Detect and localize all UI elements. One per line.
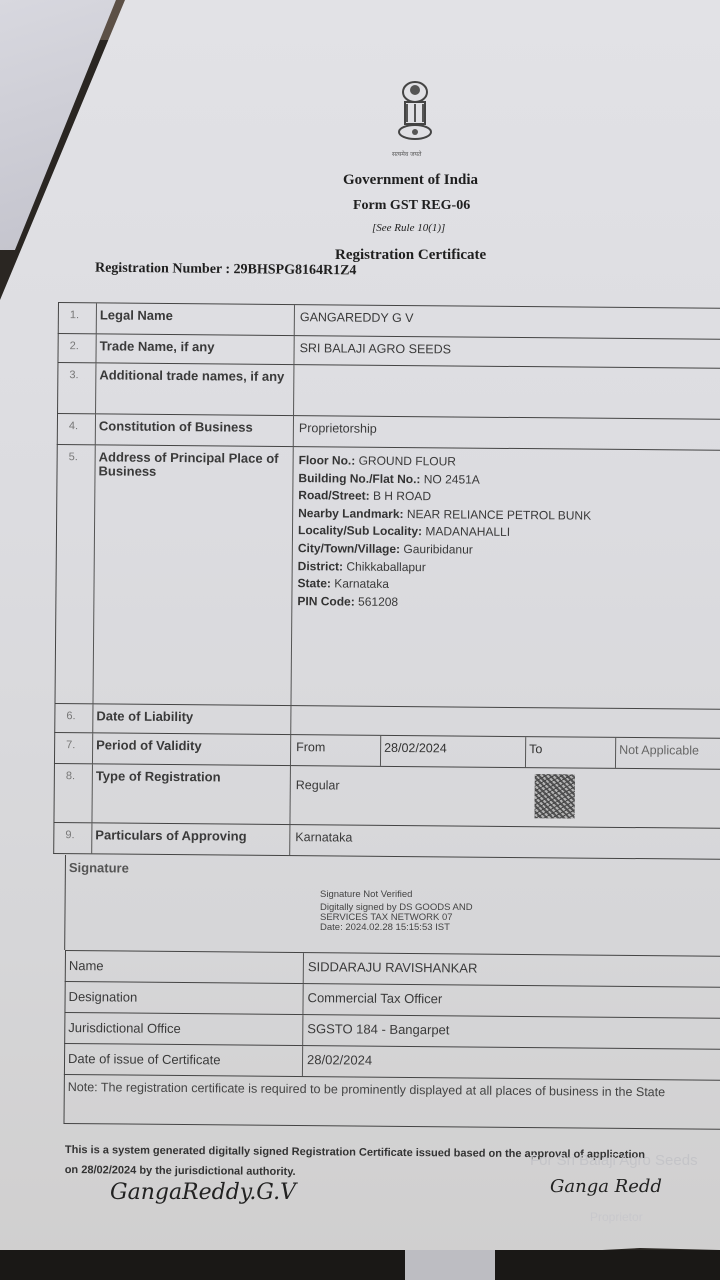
handwritten-signature-left: GangaReddy.G.V	[110, 1180, 296, 1205]
registration-number-value: 29BHSPG8164R1Z4	[233, 262, 356, 278]
digital-signature-block: Signature Not Verified Digitally signed …	[320, 890, 473, 933]
officer-name: SIDDARAJU RAVISHANKAR	[305, 953, 720, 987]
table-row: 3. Additional trade names, if any	[57, 362, 720, 419]
table-row: 9. Particulars of Approving Karnataka	[53, 822, 720, 860]
issue-date: 28/02/2024	[304, 1046, 720, 1080]
form-title: Form GST REG-06	[353, 198, 470, 214]
certificate-title: Registration Certificate	[335, 247, 486, 264]
table-row: 5. Address of Principal Place of Busines…	[55, 444, 720, 709]
trade-name-value: SRI BALAJI AGRO SEEDS	[296, 336, 720, 368]
qr-code-icon	[535, 774, 575, 818]
details-table: 1. Legal Name GANGAREDDY G V 2. Trade Na…	[53, 302, 720, 860]
government-title: Government of India	[343, 172, 478, 189]
jurisdictional-office: SGSTO 184 - Bangarpet	[304, 1015, 720, 1049]
valid-to: Not Applicable	[616, 738, 720, 769]
faint-stamp-proprietor: Proprietor	[590, 1210, 643, 1224]
national-emblem-icon	[393, 78, 437, 148]
address-value: Floor No.: GROUND FLOUR Building No./Fla…	[293, 447, 720, 709]
display-note: Note: The registration certificate is re…	[63, 1074, 720, 1130]
rule-reference: [See Rule 10(1)]	[372, 222, 445, 234]
registration-type-value: Regular	[292, 766, 720, 828]
table-row: 8. Type of Registration Regular	[53, 763, 720, 828]
validity-cells: From 28/02/2024 To Not Applicable	[293, 735, 720, 769]
registration-number: Registration Number : 29BHSPG8164R1Z4	[95, 261, 357, 280]
legal-name-value: GANGAREDDY G V	[297, 305, 720, 339]
officer-designation: Commercial Tax Officer	[304, 984, 720, 1018]
desk-background	[0, 1250, 720, 1280]
officer-table: NameSIDDARAJU RAVISHANKAR DesignationCom…	[63, 950, 720, 1130]
emblem-caption: सत्यमेव जयते	[392, 150, 421, 158]
handwritten-signature-right: Ganga Redd	[550, 1176, 662, 1197]
constitution-value: Proprietorship	[296, 416, 720, 450]
valid-from: 28/02/2024	[381, 736, 526, 767]
approving-value: Karnataka	[292, 825, 720, 859]
faint-stamp: For Sri Balaji Agro Seeds	[530, 1152, 698, 1169]
